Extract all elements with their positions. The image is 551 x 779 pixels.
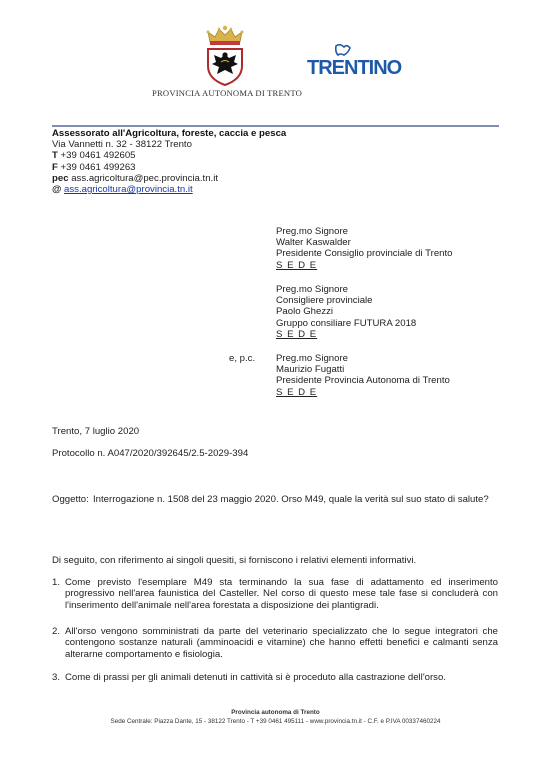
recipient-block: Preg.mo Signore Consigliere provinciale … bbox=[276, 284, 416, 340]
fax-label: F bbox=[52, 162, 58, 173]
recipient-salutation: Preg.mo Signore bbox=[276, 284, 416, 295]
sender-email-link[interactable]: ass.agricoltura@provincia.tn.it bbox=[64, 184, 193, 195]
answer-text: Come previsto l'esemplare M49 sta termin… bbox=[65, 577, 498, 611]
protocol-number: Protocollo n. A047/2020/392645/2.5-2029-… bbox=[52, 448, 248, 459]
subject-text: Interrogazione n. 1508 del 23 maggio 202… bbox=[93, 494, 498, 505]
intro-paragraph: Di seguito, con riferimento ai singoli q… bbox=[52, 555, 498, 566]
recipient-line: Presidente Consiglio provinciale di Tren… bbox=[276, 248, 453, 259]
sender-fax: +39 0461 499263 bbox=[61, 162, 136, 173]
answer-item: 1. Come previsto l'esemplare M49 sta ter… bbox=[52, 577, 498, 611]
sender-department: Assessorato all'Agricoltura, foreste, ca… bbox=[52, 128, 286, 139]
answer-number: 2. bbox=[52, 626, 60, 637]
svg-text:TRENTINO: TRENTINO bbox=[307, 57, 402, 78]
recipient-line: Consigliere provinciale bbox=[276, 295, 416, 306]
footer-address: Sede Centrale: Piazza Dante, 15 - 38122 … bbox=[0, 718, 551, 725]
recipient-line: Gruppo consiliare FUTURA 2018 bbox=[276, 318, 416, 329]
answer-item: 2. All'orso vengono somministrati da par… bbox=[52, 626, 498, 660]
recipient-sede: S E D E bbox=[276, 329, 416, 340]
province-name: PROVINCIA AUTONOMA DI TRENTO bbox=[152, 88, 302, 99]
phone-label: T bbox=[52, 150, 58, 161]
recipient-block: Preg.mo Signore Maurizio Fugatti Preside… bbox=[276, 353, 450, 398]
recipient-sede: S E D E bbox=[276, 260, 453, 271]
answer-text: All'orso vengono somministrati da parte … bbox=[65, 626, 498, 660]
answer-text: Come di prassi per gli animali detenuti … bbox=[65, 672, 498, 683]
answer-number: 3. bbox=[52, 672, 60, 683]
header-divider bbox=[52, 125, 499, 127]
trentino-logo: TRENTINO bbox=[306, 44, 402, 78]
recipient-line: Walter Kaswalder bbox=[276, 237, 453, 248]
subject-label: Oggetto: bbox=[52, 494, 89, 505]
coat-of-arms-eagle-icon bbox=[204, 24, 246, 86]
sender-pec: ass.agricoltura@pec.provincia.tn.it bbox=[71, 173, 218, 184]
recipient-salutation: Preg.mo Signore bbox=[276, 353, 450, 364]
pec-label: pec bbox=[52, 173, 69, 184]
sender-phone: +39 0461 492605 bbox=[61, 150, 136, 161]
recipient-line: Presidente Provincia Autonoma di Trento bbox=[276, 375, 450, 386]
recipient-line: Maurizio Fugatti bbox=[276, 364, 450, 375]
footer-org: Provincia autonoma di Trento bbox=[0, 709, 551, 716]
cc-prefix: e, p.c. bbox=[229, 353, 255, 364]
sender-address: Via Vannetti n. 32 - 38122 Trento bbox=[52, 139, 286, 150]
answer-item: 3. Come di prassi per gli animali detenu… bbox=[52, 672, 498, 683]
recipient-block: Preg.mo Signore Walter Kaswalder Preside… bbox=[276, 226, 453, 271]
email-label: @ bbox=[52, 184, 61, 195]
recipient-line: Paolo Ghezzi bbox=[276, 306, 416, 317]
sender-block: Assessorato all'Agricoltura, foreste, ca… bbox=[52, 128, 286, 195]
answer-number: 1. bbox=[52, 577, 60, 588]
recipient-salutation: Preg.mo Signore bbox=[276, 226, 453, 237]
date-line: Trento, 7 luglio 2020 bbox=[52, 426, 139, 437]
recipient-sede: S E D E bbox=[276, 387, 450, 398]
